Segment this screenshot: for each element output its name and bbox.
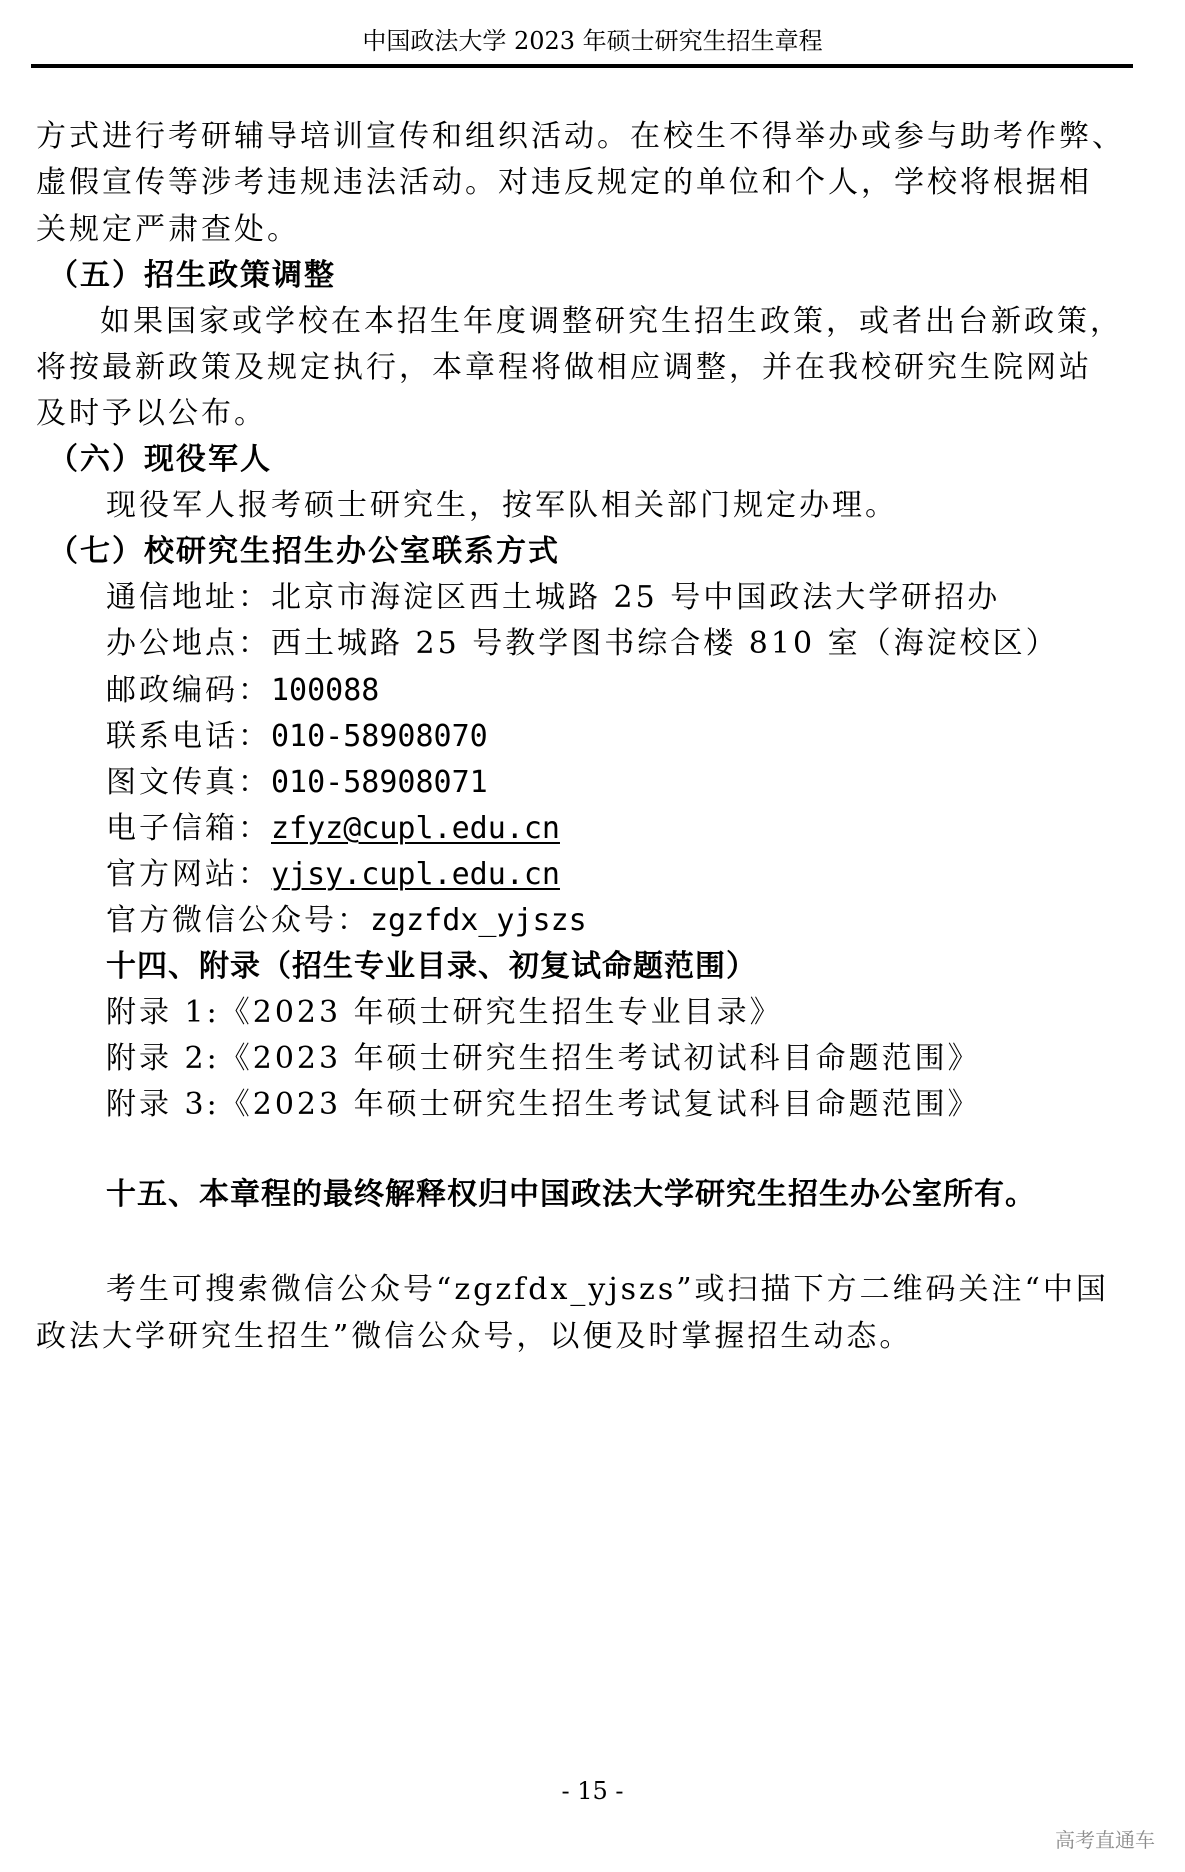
website-link[interactable]: yjsy.cupl.edu.cn	[271, 857, 560, 892]
section-heading-active-military: （六）现役军人	[48, 440, 272, 480]
appendix-item: 附录 3:《2023 年硕士研究生招生考试复试科目命题范围》	[106, 1085, 981, 1125]
contact-fax-value: 010-58908071	[271, 765, 488, 800]
contact-address-label: 通信地址：	[106, 580, 271, 615]
contact-postcode: 邮政编码：100088	[106, 671, 379, 711]
section-heading-contact-info: （七）校研究生招生办公室联系方式	[48, 532, 560, 572]
paragraph-line: 如果国家或学校在本招生年度调整研究生招生政策，或者出台新政策，	[100, 302, 1123, 342]
email-link[interactable]: zfyz@cupl.edu.cn	[271, 811, 560, 846]
contact-office: 办公地点：西土城路 25 号教学图书综合楼 810 室（海淀校区）	[106, 624, 1059, 664]
contact-website: 官方网站：yjsy.cupl.edu.cn	[106, 855, 560, 895]
paragraph-line: 现役军人报考硕士研究生，按军队相关部门规定办理。	[106, 486, 898, 526]
section-heading-policy-adjustment: （五）招生政策调整	[48, 256, 336, 296]
paragraph-line: 将按最新政策及规定执行，本章程将做相应调整，并在我校研究生院网站	[36, 348, 1092, 388]
page-number: - 15 -	[0, 1776, 1185, 1806]
contact-wechat-value: zgzfdx_yjszs	[370, 903, 587, 938]
contact-postcode-value: 100088	[271, 673, 379, 708]
contact-fax: 图文传真：010-58908071	[106, 763, 488, 803]
header-divider	[31, 64, 1133, 68]
contact-website-label: 官方网站：	[106, 857, 271, 892]
paragraph-line: 虚假宣传等涉考违规违法活动。对违反规定的单位和个人，学校将根据相	[36, 163, 1092, 203]
contact-phone-label: 联系电话：	[106, 719, 271, 754]
paragraph-line: 政法大学研究生招生”微信公众号，以便及时掌握招生动态。	[36, 1317, 912, 1357]
paragraph-line: 考生可搜索微信公众号“zgzfdx_yjszs”或扫描下方二维码关注“中国	[106, 1270, 1109, 1310]
contact-address-value: 北京市海淀区西土城路 25 号中国政法大学研招办	[271, 580, 1000, 615]
contact-phone-value: 010-58908070	[271, 719, 488, 754]
appendix-item: 附录 2:《2023 年硕士研究生招生考试初试科目命题范围》	[106, 1039, 981, 1079]
contact-email-label: 电子信箱：	[106, 811, 271, 846]
contact-office-label: 办公地点：	[106, 626, 271, 661]
appendix-item: 附录 1:《2023 年硕士研究生招生专业目录》	[106, 993, 783, 1033]
contact-wechat-label: 官方微信公众号：	[106, 903, 370, 938]
paragraph-line: 关规定严肃查处。	[36, 210, 300, 250]
contact-address: 通信地址：北京市海淀区西土城路 25 号中国政法大学研招办	[106, 578, 1000, 618]
contact-phone: 联系电话：010-58908070	[106, 717, 488, 757]
paragraph-line: 方式进行考研辅导培训宣传和组织活动。在校生不得举办或参与助考作弊、	[36, 117, 1125, 157]
contact-postcode-label: 邮政编码：	[106, 673, 271, 708]
contact-email: 电子信箱：zfyz@cupl.edu.cn	[106, 809, 560, 849]
contact-wechat: 官方微信公众号：zgzfdx_yjszs	[106, 901, 587, 941]
contact-fax-label: 图文传真：	[106, 765, 271, 800]
section-heading-appendix: 十四、附录（招生专业目录、初复试命题范围）	[106, 947, 757, 987]
paragraph-line: 及时予以公布。	[36, 394, 267, 434]
section-heading-interpretation: 十五、本章程的最终解释权归中国政法大学研究生招生办公室所有。	[106, 1175, 1036, 1215]
watermark-text: 高考直通车	[1055, 1826, 1155, 1854]
contact-office-value: 西土城路 25 号教学图书综合楼 810 室（海淀校区）	[271, 626, 1059, 661]
running-header-title: 中国政法大学 2023 年硕士研究生招生章程	[0, 24, 1185, 58]
